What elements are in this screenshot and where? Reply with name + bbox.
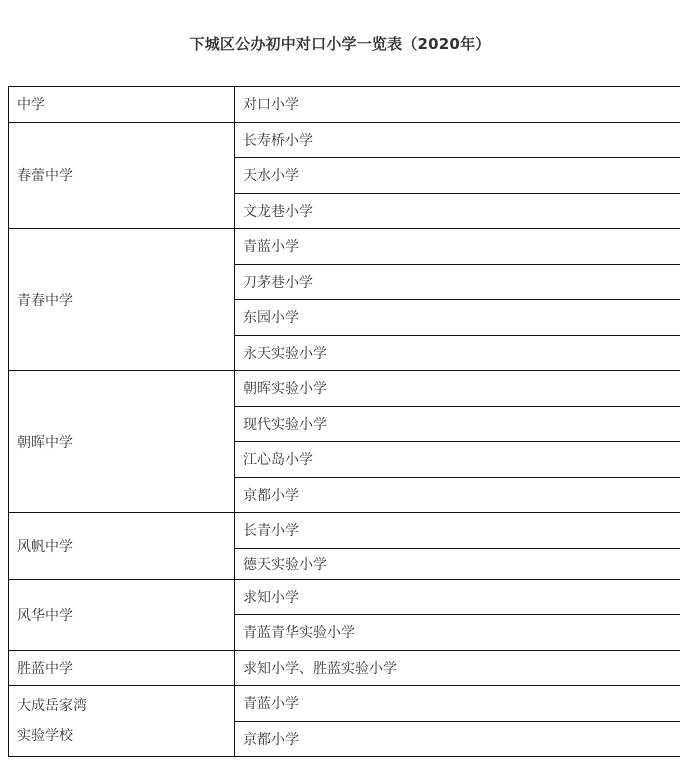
primary-school-cell: 朝晖实验小学 xyxy=(235,371,680,407)
primary-school-cell: 长寿桥小学 xyxy=(235,122,680,158)
header-middle-school: 中学 xyxy=(9,87,235,123)
primary-school-cell: 东园小学 xyxy=(235,300,680,336)
table-row: 青春中学 青蓝小学 xyxy=(9,229,680,265)
primary-school-cell: 德天实验小学 xyxy=(235,548,680,579)
primary-school-cell: 青蓝青华实验小学 xyxy=(235,615,680,651)
middle-school-cell: 风华中学 xyxy=(9,579,235,650)
middle-school-cell: 朝晖中学 xyxy=(9,371,235,513)
middle-school-cell: 风帆中学 xyxy=(9,513,235,580)
middle-school-cell: 春蕾中学 xyxy=(9,122,235,229)
middle-school-cell: 青春中学 xyxy=(9,229,235,371)
table-header-row: 中学 对口小学 xyxy=(9,87,680,123)
table-row: 胜蓝中学 求知小学、胜蓝实验小学 xyxy=(9,650,680,686)
primary-school-cell: 求知小学、胜蓝实验小学 xyxy=(235,650,680,686)
header-primary-school: 对口小学 xyxy=(235,87,680,123)
primary-school-cell: 京都小学 xyxy=(235,721,680,757)
middle-school-name-line: 大成岳家湾 xyxy=(17,691,234,721)
school-mapping-table: 中学 对口小学 春蕾中学 长寿桥小学 天水小学 文龙巷小学 青春中学 青蓝小学 … xyxy=(8,86,680,757)
primary-school-cell: 京都小学 xyxy=(235,477,680,513)
middle-school-name-line: 实验学校 xyxy=(17,721,234,751)
primary-school-cell: 天水小学 xyxy=(235,158,680,194)
table-row: 风帆中学 长青小学 xyxy=(9,513,680,549)
page-title: 下城区公办初中对口小学一览表（2020年） xyxy=(0,33,680,54)
primary-school-cell: 永天实验小学 xyxy=(235,335,680,371)
primary-school-cell: 刀茅巷小学 xyxy=(235,264,680,300)
primary-school-cell: 江心岛小学 xyxy=(235,442,680,478)
primary-school-cell: 求知小学 xyxy=(235,579,680,615)
table-row: 风华中学 求知小学 xyxy=(9,579,680,615)
primary-school-cell: 文龙巷小学 xyxy=(235,193,680,229)
table-row: 朝晖中学 朝晖实验小学 xyxy=(9,371,680,407)
primary-school-cell: 青蓝小学 xyxy=(235,229,680,265)
table-row: 大成岳家湾 实验学校 青蓝小学 xyxy=(9,686,680,722)
middle-school-cell: 大成岳家湾 实验学校 xyxy=(9,686,235,757)
middle-school-cell: 胜蓝中学 xyxy=(9,650,235,686)
primary-school-cell: 现代实验小学 xyxy=(235,406,680,442)
primary-school-cell: 长青小学 xyxy=(235,513,680,549)
table-row: 春蕾中学 长寿桥小学 xyxy=(9,122,680,158)
primary-school-cell: 青蓝小学 xyxy=(235,686,680,722)
